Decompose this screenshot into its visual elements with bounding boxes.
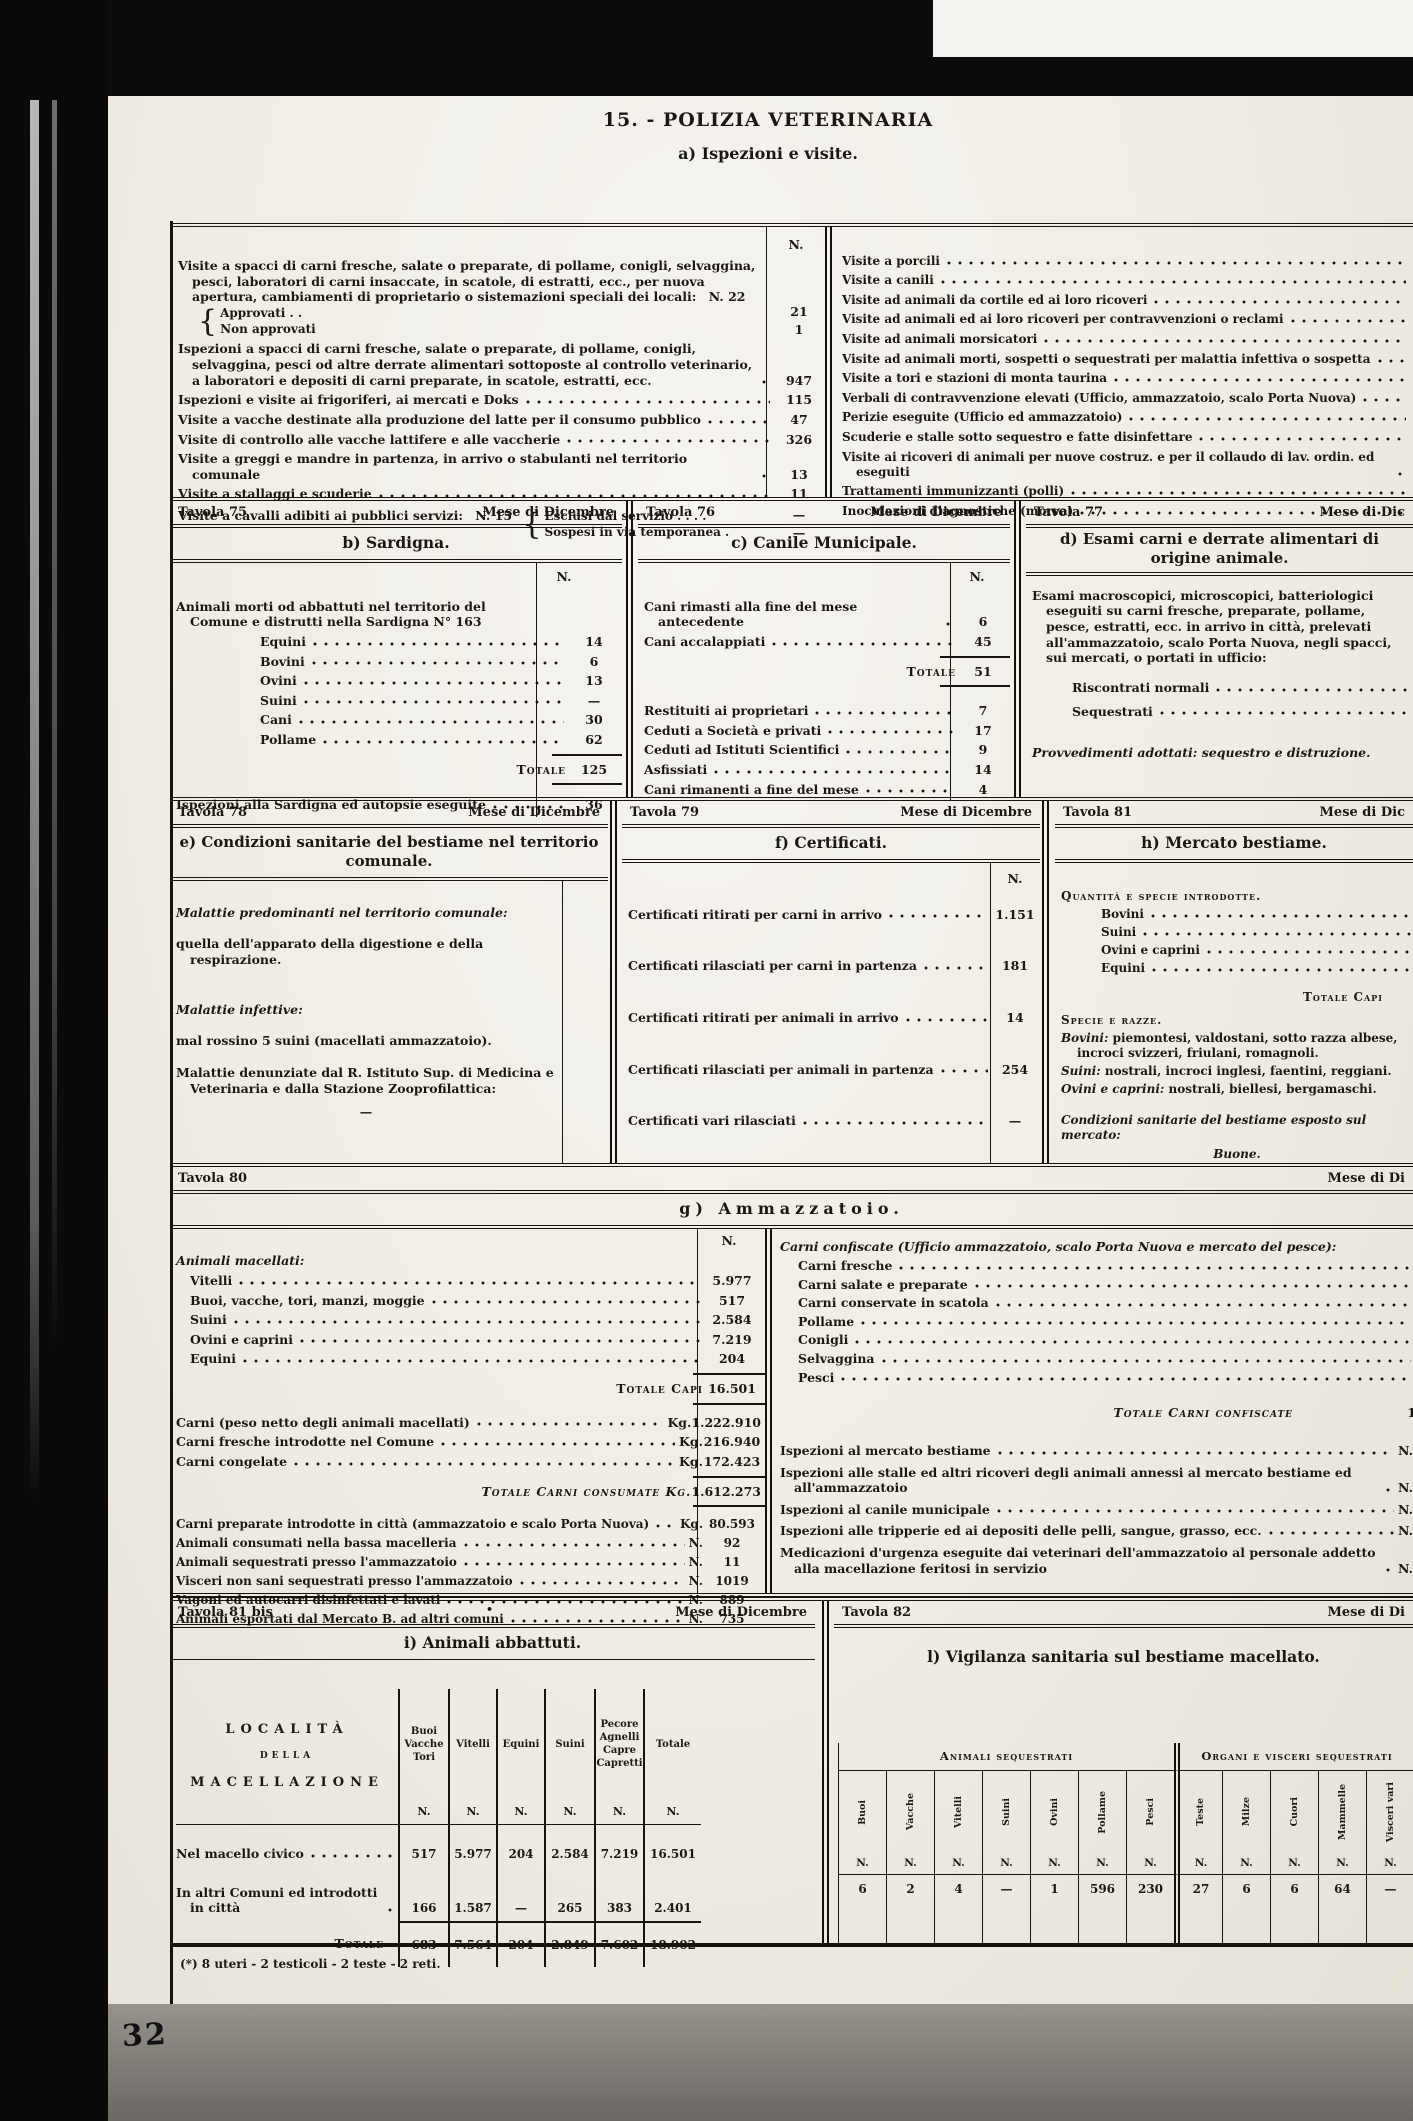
data-cell: 5.977 [448,1825,496,1867]
dot-leader [1127,413,1406,424]
subtotal-rule [552,783,622,785]
dot-leader [945,257,1406,268]
dot-leader [1112,374,1406,385]
tavola-month: Mese di Dic [1320,505,1405,521]
row-label: Certificati rilasciati per carni in part… [628,958,917,974]
leader-row: Asfissiati14 [644,762,1010,778]
leader-row: Suini [1061,925,1413,940]
value-cell: 2 [886,1875,934,1903]
value-cell: 1 [1030,1875,1078,1903]
dot-leader [1197,433,1406,444]
leader-row: Riscontrati normali [1032,680,1413,696]
leader-row: Perizie eseguite (Ufficio ed ammazzatoio… [842,410,1408,425]
value-cell: 6 [838,1875,886,1903]
leader-row: Certificati vari rilasciati— [628,1113,1040,1129]
row-label: Visite ad animali morti, sospetti o sequ… [842,352,1371,367]
dot-leader [712,766,954,777]
row-label: Animali sequestrati presso l'ammazzatoio [176,1555,457,1570]
dot-leader [462,1539,685,1550]
column-label: Mammelle [1338,1784,1348,1840]
row-label: Carni (peso netto degli animali macellat… [176,1415,470,1431]
meat-weight-list: Carni (peso netto degli animali macellat… [176,1415,761,1470]
inspections-left-list: Ispezioni a spacci di carni fresche, sal… [178,341,826,502]
leader-row: In altri Comuni ed introdotti in città [176,1885,398,1916]
unit-cell: N. [1366,1853,1413,1875]
dot-leader [1141,928,1411,939]
unit-cell: N. [496,1799,544,1825]
inspection-row-licenses: Visite a spacci di carni fresche, salate… [178,258,826,337]
subtotal-rule [693,1403,765,1405]
document-page: 15. - POLIZIA VETERINARIA a) Ispezioni e… [108,95,1413,2005]
dot-leader [310,657,564,668]
leader-row: Visite ad animali ed ai loro ricoveri pe… [842,312,1408,327]
row-label: Carni salate e preparate [798,1277,968,1293]
rule [834,1624,1413,1628]
unit-cell: N. [398,1799,448,1825]
film-streak [52,100,57,1350]
leader-row: Carni congelateKg.172.423 [176,1454,761,1470]
extension-cell [1366,1903,1413,1943]
row-header: Nel macello civico [176,1825,398,1867]
table-strip: Tavola 79 Mese di Dicembre [622,801,1040,824]
table-intro: Esami macroscopici, microscopici, batter… [1032,588,1413,666]
subtotal-rule [552,754,622,756]
tavola-month: Mese di Di [1327,1171,1405,1187]
market-condition-label: Condizioni sanitarie del bestiame espost… [1061,1113,1413,1143]
dot-leader [1205,946,1411,957]
dot-leader [944,618,954,629]
dot-leader [1042,335,1406,346]
n-column-rule [562,881,563,1163]
row-value: 1 [795,322,804,338]
dot-leader [760,470,770,481]
row-value: 6 [956,614,1010,630]
subtotal-rule [693,1373,765,1375]
n-column-rule [536,563,537,817]
row-label: Scuderie e stalle sotto sequestro e fatt… [842,430,1192,445]
row-header: In altri Comuni ed introdotti in città [176,1867,398,1921]
row-label: Pollame [798,1314,854,1330]
row-label: Asfissiati [644,762,707,778]
dot-leader [1150,964,1411,975]
dot-leader [654,1520,676,1531]
leader-row: Ispezioni e visite ai frigoriferi, ai me… [178,392,826,408]
unit-cell: N. [594,1799,643,1825]
dot-leader [887,910,988,921]
n-column-rule [950,563,951,802]
dot-leader [801,1117,988,1128]
leader-row: Bovini6 [176,654,622,670]
column-header: Vitelli [448,1689,496,1799]
dot-leader [565,435,770,446]
leader-row: Equini14 [176,634,622,650]
total-cell: 7.602 [594,1921,643,1967]
leader-row: Ispezioni alle stalle ed altri ricoveri … [780,1465,1413,1496]
dot-leader [321,736,564,747]
table-body: N. Animali macellati: Vitelli5.977Buoi, … [170,1229,1413,1593]
row-label: Equini [1101,961,1145,976]
unit-label: N. [1398,1480,1413,1496]
row-label: Visite di controllo alle vacche lattifer… [178,432,560,448]
row-label: Riscontrati normali [1072,680,1209,696]
leader-row: Bovini [1061,907,1413,922]
row-label: Carni conservate in scatola [798,1295,989,1311]
leader-row: Cani30 [176,712,622,728]
value-cell: 596 [1078,1875,1126,1903]
breed-row: Ovini e caprini: nostrali, biellesi, ber… [1061,1082,1413,1097]
row-value: 14 [990,1010,1040,1026]
tavola-title: f) Certificati. [622,828,1040,858]
breed-name: Bovini: [1061,1031,1113,1045]
group-heading: Animali macellati: [176,1253,761,1269]
total-value: 1.612.273 [691,1484,761,1500]
disease-text: Malattie denunziate dal R. Istituto Sup.… [176,1065,556,1096]
tavola-number: Tavola 75 [178,505,247,521]
film-streak [30,100,39,1500]
leader-row: Pollame [780,1314,1413,1330]
row-label: Visite a greggi e mandre in partenza, in… [178,451,755,482]
row-value: 45 [956,634,1010,650]
n-column-header: N. [768,237,824,253]
section-inspections: N. Visite a spacci di carni fresche, sal… [170,223,1413,497]
breeds-heading: Specie e razze. [1061,1013,1413,1028]
unit-cell: N. [1030,1853,1078,1875]
slaughterhouse-left: N. Animali macellati: Vitelli5.977Buoi, … [176,1229,761,1593]
row-label: Visite a canili [842,273,934,288]
row-value: 181 [990,958,1040,974]
row-value: 172.423 [703,1454,761,1470]
subtotal-rule [693,1476,765,1478]
total-label: Totale [516,762,566,778]
column-header: Totale [643,1689,701,1799]
dot-leader [939,1065,988,1076]
row-value: 80.593 [703,1517,761,1532]
tavola-title: l) Vigilanza sanitaria sul bestiame mace… [834,1642,1413,1672]
leader-row: Nel macello civico [176,1846,398,1862]
row-label: Perizie eseguite (Ufficio ed ammazzatoio… [842,410,1122,425]
leader-row: Ovini e caprini7.219 [176,1332,761,1348]
leader-row: Medicazioni d'urgenza eseguite dai veter… [780,1545,1413,1576]
leader-row: Sequestrati [1032,704,1413,720]
tavola-title: h) Mercato bestiame. [1055,828,1413,858]
row-label: Certificati vari rilasciati [628,1113,796,1129]
total-row: Totale 125 [176,762,622,778]
leader-row: Suini— [176,693,622,709]
tavola-title: e) Condizioni sanitarie del bestiame nel… [170,828,608,877]
rotated-column-header: Buoi [838,1771,886,1853]
row-value: 115 [772,392,826,408]
extension-cell [1270,1903,1318,1943]
row-value: 13 [772,467,826,483]
column-label: Cuori [1290,1797,1300,1826]
unit-cell: N. [1270,1853,1318,1875]
row-label: Suini [190,1312,227,1328]
total-value: 16.501 [703,1381,761,1397]
row-label: In altri Comuni ed introdotti in città [176,1885,381,1916]
value-cell: — [982,1875,1030,1903]
row-value: 947 [772,373,826,389]
leader-row: Suini2.584 [176,1312,761,1328]
dot-leader [298,1335,701,1346]
dot-leader [309,1850,396,1861]
leader-row: Equini [1061,961,1413,976]
row-value: 216.940 [703,1434,761,1450]
unit-cell: N. [838,1853,886,1875]
dot-leader [760,376,770,387]
table-separator [765,1229,772,1593]
row-value: 517 [703,1293,761,1309]
total-label: Totale Carni confiscate [1113,1405,1293,1421]
row-label: Visite a porcili [842,254,940,269]
row-label: Ispezioni al canile municipale [780,1502,990,1518]
n-column-header: N. [697,1233,761,1249]
row-label: Ispezioni alle stalle ed altri ricoveri … [780,1465,1379,1496]
total-row: Totale Carni confiscate 1 [780,1405,1413,1421]
rotated-column-header: Suini [982,1771,1030,1853]
table-strip: Tavola 76 Mese di Dicembre [638,501,1010,524]
row-value: 1.222.910 [691,1415,761,1431]
dot-leader [311,638,564,649]
table-body: N. Cani rimasti alla fine del mese antec… [638,563,1010,802]
row-label: Pesci [798,1370,834,1386]
dot-leader [302,677,564,688]
disease-text: mal rossino 5 suini (macellati ammazzato… [176,1033,556,1049]
species-list: Equini14Bovini6Ovini13Suini—Cani30Pollam… [176,634,622,748]
row-value: 92 [703,1536,761,1551]
row-value: — [990,1113,1040,1129]
leader-row: Carni (peso netto degli animali macellat… [176,1415,761,1431]
row-label: Restituiti ai proprietari [644,703,808,719]
extension-cell [1126,1903,1174,1943]
dot-leader [232,1316,701,1327]
corner-line: MACELLAZIONE [190,1775,384,1791]
tavola-77-esami-carni: Tavola 77 Mese di Dic d) Esami carni e d… [1026,501,1413,797]
value-cell: — [1366,1875,1413,1903]
row-label: Verbali di contravvenzione elevati (Uffi… [842,391,1356,406]
row-value: 9 [956,742,1010,758]
column-header: Suini [544,1689,594,1799]
table-body: Malattie predominanti nel territorio com… [170,881,608,1163]
breed-name: Ovini e caprini: [1061,1082,1169,1096]
data-cell: 265 [544,1867,594,1921]
row-value: 13 [566,673,622,689]
leader-row: Ovini e caprini [1061,943,1413,958]
data-cell: — [496,1867,544,1921]
tavola-number: Tavola 82 [842,1605,911,1621]
leader-row: Ispezioni al canile municipaleN. [780,1502,1413,1518]
brace-group: Approvati . . Non approvati [198,306,316,337]
unit-label: N. [1398,1443,1413,1459]
row-label: Carni preparate introdotte in città (amm… [176,1517,649,1532]
row-label: Ovini [260,673,297,689]
tavola-month: Mese di Dicembre [900,805,1032,821]
dot-leader [439,1438,675,1449]
leader-row: Visite a porcili [842,254,1408,269]
row-value: 7 [956,703,1010,719]
unit-label: N. [689,1574,703,1589]
dot-leader [386,1904,396,1915]
row-value: 4 [956,782,1010,798]
dot-leader [297,716,564,727]
tavola-title: b) Sardigna. [170,528,622,558]
row-label: Nel macello civico [176,1846,304,1862]
table-corner-header: LOCALITÀDELLAMACELLAZIONE [176,1689,398,1825]
rotated-column-header: Cuori [1270,1771,1318,1853]
rotated-column-header: Ovini [1030,1771,1078,1853]
unit-cell: N. [1222,1853,1270,1875]
tavola-79-certificati: Tavola 79 Mese di Dicembre f) Certificat… [622,801,1040,1163]
row-label: Ispezioni a spacci di carni fresche, sal… [178,341,755,388]
dot-leader [302,696,564,707]
row-value: 17 [956,723,1010,739]
tavola-month: Mese di Dicembre [675,1605,807,1621]
page-number: 32 [121,2017,169,2054]
row-label: Visite ad animali morsicatori [842,332,1037,347]
column-label: Milze [1242,1797,1252,1826]
tavola-81bis-abbattuti: Tavola 81 bis • Mese di Dicembre i) Anim… [170,1601,815,1943]
row-value: 14 [956,762,1010,778]
n-column-rule [990,863,991,1163]
table-strip: Tavola 78 Mese di Dicembre [170,801,608,824]
value-cell: 4 [934,1875,982,1903]
row-label: Carni congelate [176,1454,287,1470]
unit-label: N. [689,1555,703,1570]
total-value: 125 [566,762,622,778]
row-label: Ispezioni e visite ai frigoriferi, ai me… [178,392,519,408]
row-label: Visite a spacci di carni fresche, salate… [178,258,772,337]
leader-row: Carni fresche [780,1258,1413,1274]
leader-row: Vitelli5.977 [176,1273,761,1289]
slaughterhouse-right: Carni confiscate (Ufficio ammazzatoio, s… [780,1229,1413,1593]
exam-results-list: Riscontrati normaliSequestrati [1032,680,1413,719]
leader-row: Ovini13 [176,673,622,689]
column-label: Vacche [906,1793,916,1830]
tables-row-1: Tavola 75 Mese di Dicembre b) Sardigna. … [170,497,1413,797]
dot-leader [1361,394,1406,405]
page-header: 15. - POLIZIA VETERINARIA a) Ispezioni e… [148,109,1388,164]
table-separator [626,501,633,797]
dot-leader [844,746,954,757]
total-row: Totale 51 [644,664,1010,680]
dot-leader [1376,355,1406,366]
tavola-number: Tavola 77 [1034,505,1103,521]
leader-row: Cani rimanenti a fine del mese4 [644,782,1010,798]
row-value: 204 [703,1351,761,1367]
market-condition-value: Buone. [1061,1147,1413,1162]
tables-row-4: Tavola 81 bis • Mese di Dicembre i) Anim… [170,1597,1413,1947]
unit-cell: N. [982,1853,1030,1875]
column-label: Suini [1002,1798,1012,1826]
group-header-animals: Animali sequestrati [838,1743,1174,1771]
dot-leader [859,1317,1411,1328]
leader-row: Visite di controllo alle vacche lattifer… [178,432,826,448]
leader-row: Buoi, vacche, tori, manzi, moggie517 [176,1293,761,1309]
leader-row: Visceri non sani sequestrati presso l'am… [176,1574,761,1589]
inspections-right-column: Visite a porciliVisite a caniliVisite ad… [842,249,1408,519]
row-values: 21 1 [772,304,826,337]
confiscated-heading: Carni confiscate (Ufficio ammazzatoio, s… [780,1239,1413,1255]
certificates-list: Certificati ritirati per carni in arrivo… [628,907,1040,1129]
value-cell: 6 [1270,1875,1318,1903]
breed-row: Bovini: piemontesi, valdostani, sotto ra… [1061,1031,1413,1061]
dot-leader [1396,468,1406,479]
dot-leader [241,1355,701,1366]
option-label: Non approvati [220,322,316,338]
leader-row: Ceduti ad Istituti Scientifici9 [644,742,1010,758]
row-value: 2.584 [703,1312,761,1328]
unit-label: N. [1398,1502,1413,1518]
row-value: — [566,693,622,709]
row-value: 5.977 [703,1273,761,1289]
row-label: Cani accalappiati [644,634,765,650]
total-label: Totale [906,664,956,680]
row-value: 7.219 [703,1332,761,1348]
table-separator [1014,501,1021,797]
leader-row: Certificati ritirati per carni in arrivo… [628,907,1040,923]
row-label: Equini [260,634,306,650]
row-value: 254 [990,1062,1040,1078]
total-value-partial: 1 [1407,1405,1413,1421]
tavola-number: Tavola 81 [1063,805,1132,821]
footnote: (*) 8 uteri - 2 testicoli - 2 teste - 2 … [180,1957,441,1972]
unit-cell: N. [886,1853,934,1875]
dot-leader [880,1355,1411,1366]
seizures-table: Animali sequestratiOrgani e visceri sequ… [838,1743,1413,1943]
unit-label: N. [1398,1561,1413,1577]
leader-row: Visite ad animali morsicatori [842,332,1408,347]
dot-leader [770,638,954,649]
row-label: Ovini e caprini [1101,943,1200,958]
dot-leader [994,1299,1411,1310]
brace-icon [198,307,217,337]
section-a-title: a) Ispezioni e visite. [148,144,1388,164]
dogs-out-list: Restituiti ai proprietari7Ceduti a Socie… [644,703,1010,797]
value-cell: 64 [1318,1875,1366,1903]
total-label: Totale Capi [1061,990,1413,1005]
unit-cell: N. [448,1799,496,1825]
leader-row: Ispezioni al mercato bestiameN. [780,1443,1413,1459]
extension-cell [1174,1903,1222,1943]
column-label: Vitelli [954,1796,964,1828]
dot-leader [1267,1527,1394,1538]
rotated-column-header: Pollame [1078,1771,1126,1853]
leader-row: Selvaggina [780,1351,1413,1367]
row-label: Pollame [260,732,316,748]
dot-leader [864,785,954,796]
n-column-rule [697,1229,698,1593]
quantities-heading: Quantità e specie introdotte. [1061,889,1413,904]
dot-leader [813,707,954,718]
tavola-month: Mese di Di [1327,1605,1405,1621]
scan-top-notch [933,0,1413,57]
row-label: Suini [260,693,297,709]
dot-leader [475,1418,664,1429]
value-cell: 27 [1174,1875,1222,1903]
leader-row: Ispezioni alle tripperie ed ai depositi … [780,1523,1413,1539]
leader-row: Visite ad animali morti, sospetti o sequ… [842,352,1408,367]
row-label: Certificati ritirati per animali in arri… [628,1010,899,1026]
data-cell: 204 [496,1825,544,1867]
tavola-75-sardigna: Tavola 75 Mese di Dicembre b) Sardigna. … [170,501,622,797]
total-row: Totale Capi 16.501 [176,1381,761,1397]
dot-leader [1384,1564,1394,1575]
tavola-number: Tavola 81 bis [178,1605,273,1621]
data-cell: 1.587 [448,1867,496,1921]
tavola-month: Mese di Dicembre [482,505,614,521]
table-body: N. Certificati ritirati per carni in arr… [622,863,1040,1163]
dot-leader [1289,315,1406,326]
row-label: Ovini e caprini [190,1332,293,1348]
